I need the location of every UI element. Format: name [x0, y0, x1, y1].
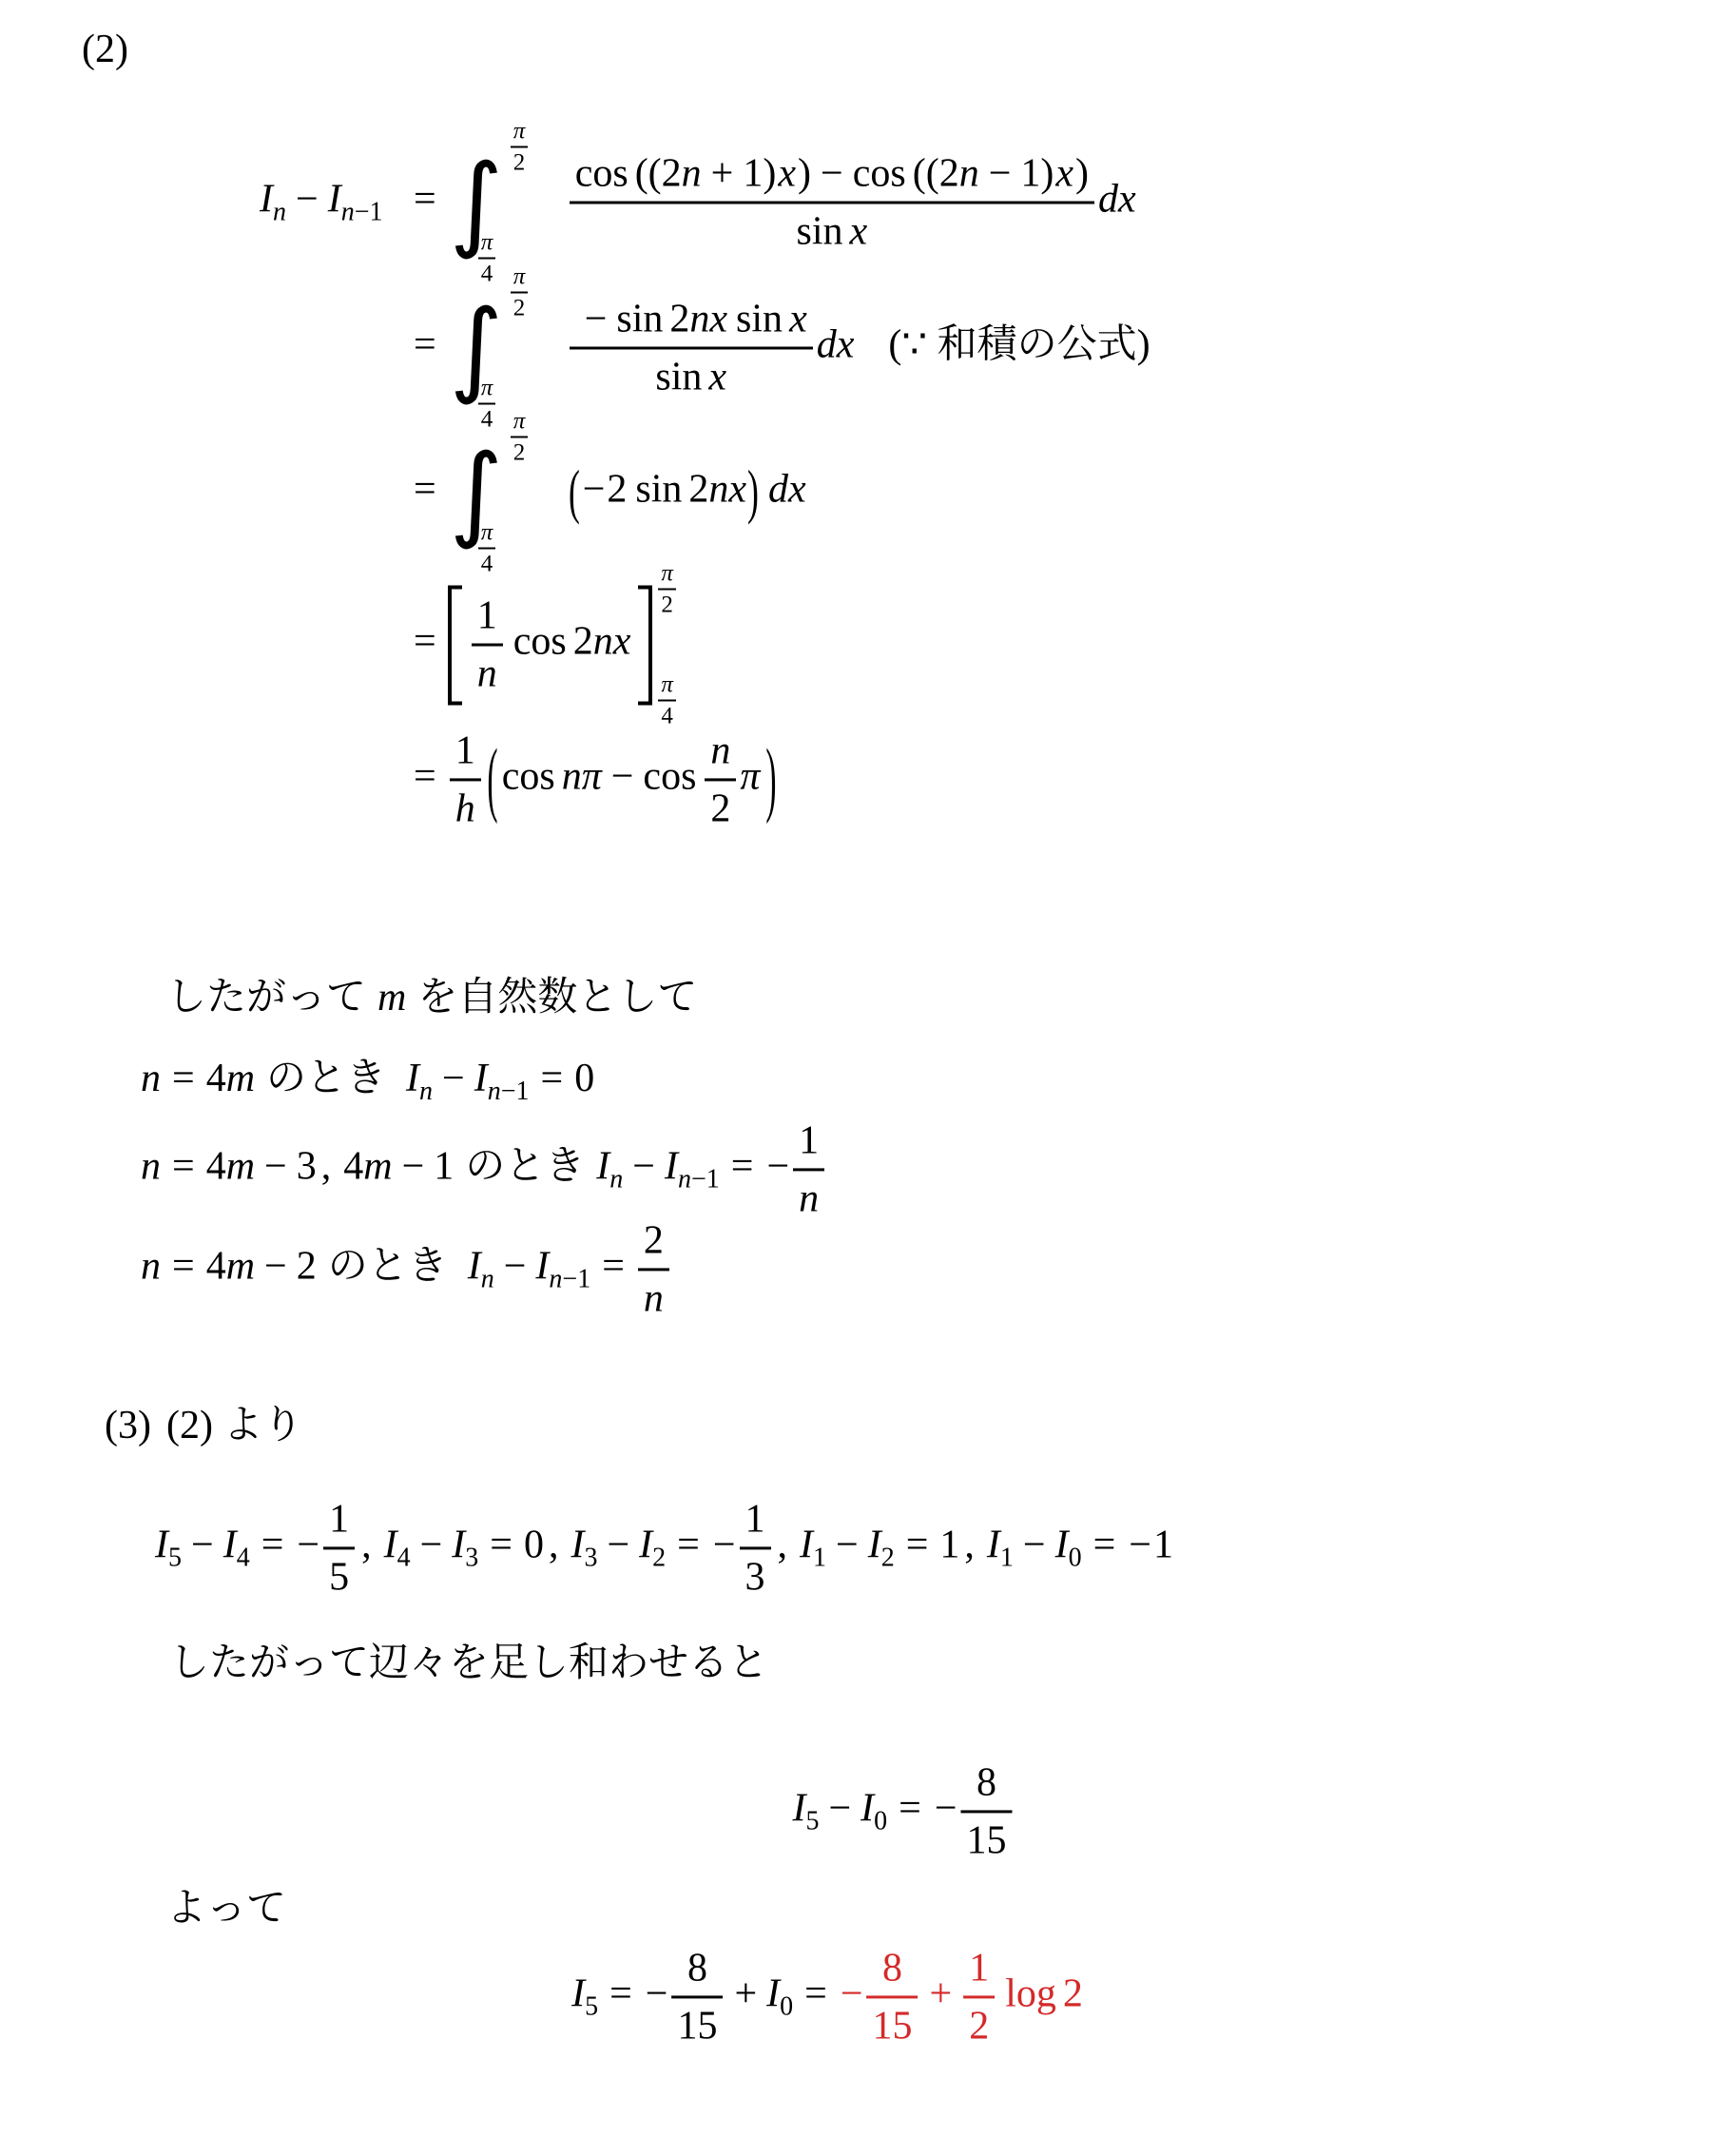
frac: −sin2nxsinxsinx: [570, 296, 813, 399]
op: =: [666, 1524, 711, 1567]
case-4m-2: n=4m−2のときIn−In−1=2n: [141, 1217, 671, 1321]
op: −: [602, 755, 644, 799]
pi: π: [511, 410, 529, 438]
var: x: [789, 297, 807, 340]
pi: π: [658, 562, 676, 591]
frac-den: 15: [671, 1996, 723, 2049]
var: n: [419, 1077, 433, 1106]
case-4m: n=4mのときIn−In−1=0: [141, 1046, 594, 1107]
paren: ((: [913, 151, 939, 195]
op: −: [393, 1145, 435, 1189]
var: I: [570, 1524, 584, 1567]
fn-name: sin: [616, 297, 669, 340]
var: I: [223, 1524, 237, 1567]
op: −: [1127, 1524, 1153, 1567]
var: I: [639, 1524, 652, 1567]
sub: n: [419, 1077, 433, 1106]
sub: 0: [1069, 1544, 1082, 1573]
paren: ): [1075, 151, 1089, 195]
num: 4: [658, 702, 676, 728]
op: +: [702, 151, 744, 195]
text-yotte: よって: [166, 1876, 286, 1933]
eq-final: I5=−815+I0=−815+12log2: [571, 1945, 1083, 2049]
op: −: [575, 297, 617, 340]
var: n: [341, 198, 355, 227]
op: −: [839, 1972, 865, 2016]
dx: dx: [815, 323, 857, 367]
op: =: [720, 1145, 765, 1189]
frac: 815: [961, 1759, 1013, 1863]
sub: 2: [881, 1544, 895, 1573]
op: ,: [544, 1524, 571, 1567]
var: n: [959, 151, 979, 195]
var: n: [481, 1265, 494, 1294]
frac-den: h: [450, 779, 481, 832]
op: −: [819, 1787, 860, 1831]
frac-num: 1: [793, 1117, 824, 1168]
var: n: [609, 1165, 623, 1195]
op: ,: [357, 1524, 384, 1567]
section-3-heading: (3)(2) より: [105, 1393, 302, 1450]
var: n: [141, 1245, 161, 1289]
frac-num: 2: [638, 1217, 669, 1268]
frac: n2: [705, 728, 736, 831]
sub: n−1: [488, 1077, 530, 1106]
op: =: [478, 1524, 524, 1567]
var: n: [708, 468, 728, 512]
var: I: [868, 1524, 881, 1567]
op: =: [250, 1524, 296, 1567]
frac: 13: [740, 1496, 771, 1600]
num: 1: [516, 1077, 530, 1106]
sub: 1: [813, 1544, 826, 1573]
num: 4: [343, 1145, 363, 1189]
frac-den: sinx: [570, 347, 813, 400]
var: n: [562, 755, 582, 799]
num: 4: [206, 1245, 226, 1289]
frac-den: n: [793, 1169, 824, 1222]
var: n: [273, 198, 286, 227]
jp-text: を自然数として: [417, 976, 697, 1020]
op: =: [161, 1057, 206, 1100]
var: x: [709, 297, 736, 340]
var: n: [689, 297, 709, 340]
label: (2): [82, 28, 128, 71]
bracket-upper-limit: π2: [658, 562, 676, 617]
op: =: [598, 1972, 644, 2016]
op: −: [623, 1145, 665, 1189]
frac-num: 8: [961, 1759, 1013, 1810]
var: n: [682, 151, 702, 195]
sub: 0: [874, 1807, 887, 1836]
sub: 3: [465, 1544, 478, 1573]
op: =: [887, 1787, 933, 1831]
int-upper-limit: π2: [511, 410, 529, 465]
var: I: [860, 1787, 874, 1831]
op: −: [494, 1245, 536, 1289]
eq-chain: I5−I4=−15,I4−I3=0,I3−I2=−13,I1−I2=1,I1−I…: [155, 1496, 1173, 1600]
jp-text: よって: [166, 1887, 286, 1931]
frac: 1n: [793, 1117, 824, 1221]
frac-den: 15: [961, 1811, 1013, 1864]
op: =: [402, 178, 448, 222]
jp-text: のとき: [317, 1245, 459, 1289]
frac: 12: [963, 1945, 995, 2049]
sub: n: [273, 198, 286, 227]
frac-num: 1: [450, 728, 481, 778]
var: I: [384, 1524, 397, 1567]
jp-text: のとき: [454, 1145, 596, 1189]
var: x: [1054, 151, 1075, 195]
num: 2: [511, 438, 529, 465]
op: −: [255, 1245, 297, 1289]
frac-num: 8: [671, 1945, 723, 1995]
var: n: [488, 1077, 501, 1106]
num: 2: [1063, 1972, 1083, 2016]
frac: 815: [671, 1945, 723, 2049]
var: x: [708, 356, 726, 399]
num: 0: [524, 1524, 544, 1567]
rbracket: [638, 585, 652, 705]
sub: n: [481, 1265, 494, 1294]
op: =: [402, 468, 448, 512]
frac: 2n: [638, 1217, 669, 1321]
num: 4: [206, 1057, 226, 1100]
var: x: [613, 620, 631, 664]
lbracket: [448, 585, 462, 705]
num: 2: [662, 151, 682, 195]
op: ,: [317, 1145, 344, 1189]
frac-num: n: [705, 728, 736, 778]
op: −: [355, 198, 370, 227]
var: x: [776, 151, 798, 195]
num: 2: [511, 148, 529, 175]
bracket-limits: π2π4: [652, 562, 694, 728]
var: n: [549, 1265, 562, 1294]
text-natural-number: したがってmを自然数として: [166, 965, 697, 1022]
frac-den: n: [638, 1269, 669, 1322]
op: +: [920, 1972, 962, 2016]
frac-den: n: [472, 644, 503, 697]
integral: ∫π2π4: [450, 410, 562, 576]
frac-num: −sin2nxsinx: [570, 296, 813, 346]
var: I: [328, 178, 341, 222]
num: 4: [206, 1145, 226, 1189]
op: −: [255, 1145, 297, 1189]
dx: dx: [760, 468, 806, 512]
op: =: [161, 1145, 206, 1189]
var: I: [665, 1145, 678, 1189]
var: I: [571, 1972, 585, 2016]
jp-text: のとき: [255, 1057, 397, 1100]
num: 1: [1153, 1524, 1173, 1567]
var: m: [226, 1057, 255, 1100]
num: 2: [939, 151, 959, 195]
op: ,: [773, 1524, 801, 1567]
op: −: [295, 1524, 321, 1567]
num: 0: [574, 1057, 594, 1100]
var: I: [596, 1145, 609, 1189]
num: 2: [573, 620, 593, 664]
var: I: [987, 1524, 1000, 1567]
var: I: [792, 1787, 805, 1831]
fn-name: log: [996, 1972, 1063, 2016]
op: =: [402, 323, 448, 367]
pi: π: [478, 377, 496, 405]
frac-den: 3: [740, 1547, 771, 1601]
op: =: [590, 1245, 636, 1289]
jp-text: したがって辺々を足し和わせると: [169, 1641, 768, 1685]
lparen: (: [485, 738, 500, 822]
sub: 3: [584, 1544, 597, 1573]
op: −: [597, 1524, 639, 1567]
var: x: [850, 210, 868, 254]
var: I: [397, 1057, 419, 1100]
dx: dx: [1096, 178, 1138, 222]
jp-text: したがって: [166, 976, 366, 1020]
var: I: [459, 1245, 481, 1289]
fn-name: cos: [643, 755, 703, 799]
frac: 15: [323, 1496, 355, 1600]
frac: cos((2n+1)x)−cos((2n−1)x)sinx: [570, 150, 1094, 254]
pi: π: [658, 673, 676, 702]
frac-den: 5: [323, 1547, 355, 1601]
num: 1: [939, 1524, 959, 1567]
op: −: [501, 1077, 516, 1106]
frac-den: 2: [963, 1996, 995, 2049]
op: =: [161, 1245, 206, 1289]
int-upper-limit: π2: [511, 120, 529, 175]
sub: 1: [1000, 1544, 1014, 1573]
frac-den: sinx: [570, 202, 1094, 255]
op: ,: [959, 1524, 987, 1567]
op: −: [826, 1524, 868, 1567]
num: 2: [511, 294, 529, 320]
num: 2: [297, 1245, 317, 1289]
op: −: [433, 1057, 474, 1100]
label: (3): [105, 1404, 151, 1447]
fn-name: cos: [505, 620, 573, 664]
result-red: −815+12log2: [839, 1972, 1083, 2016]
lparen: (: [569, 463, 580, 523]
case-4m-3: n=4m−3,4m−1のときIn−In−1=−1n: [141, 1117, 826, 1221]
sub: 5: [585, 1992, 598, 2022]
sub: 4: [237, 1544, 250, 1573]
op: =: [530, 1057, 575, 1100]
op: −: [644, 1972, 670, 2016]
num: 2: [688, 468, 708, 512]
section-2-label: (2): [82, 27, 128, 72]
paren: ): [798, 151, 811, 195]
fn-name: sin: [655, 356, 708, 399]
frac-den: 15: [867, 1996, 919, 2049]
rparen: ): [764, 738, 779, 822]
op: −: [933, 1787, 959, 1831]
var: m: [366, 976, 417, 1020]
fn-name: cos: [575, 151, 635, 195]
pi: π: [478, 521, 496, 550]
op: −: [286, 178, 328, 222]
pi: π: [582, 755, 602, 799]
eq-lhs: In−In−1: [260, 177, 402, 228]
eq-line-4: =1ncos2nxπ2π4: [260, 562, 694, 728]
frac-num: 8: [867, 1945, 919, 1995]
document-page: (2) In−In−1=∫π2π4cos((2n+1)x)−cos((2n−1)…: [0, 0, 1721, 2156]
eq-line-2: =∫π2π4−sin2nxsinxsinxdx(∵ 和積の公式): [260, 265, 1151, 432]
pi: π: [511, 265, 529, 294]
op: +: [725, 1972, 766, 2016]
bracket-lower-limit: π4: [658, 673, 676, 728]
frac: 815: [867, 1945, 919, 2049]
integral: ∫π2π4: [450, 265, 562, 432]
rparen: ): [747, 463, 759, 523]
num: 1: [577, 1265, 590, 1294]
frac-num: 1: [963, 1945, 995, 1995]
sub: n−1: [678, 1165, 720, 1195]
frac-num: 1: [472, 592, 503, 643]
fn-name: cos: [502, 755, 562, 799]
sub: 0: [780, 1992, 793, 2022]
op: −: [581, 468, 608, 512]
num: 1: [743, 151, 763, 195]
op: −: [711, 1524, 738, 1567]
var: x: [728, 468, 746, 512]
text-sum-sides: したがって辺々を足し和わせると: [169, 1631, 768, 1688]
eq-note: (∵ 和積の公式): [888, 323, 1150, 367]
var: m: [226, 1145, 255, 1189]
pi: π: [478, 231, 496, 260]
var: n: [141, 1057, 161, 1100]
int-upper-limit: π2: [511, 265, 529, 320]
num: 2: [669, 297, 689, 340]
var: I: [1055, 1524, 1069, 1567]
op: =: [402, 620, 448, 664]
sub: n−1: [341, 198, 383, 227]
num: 1: [1020, 151, 1040, 195]
var: I: [800, 1524, 813, 1567]
jp-text: (2) より: [151, 1404, 302, 1447]
num: 1: [706, 1165, 720, 1195]
frac-den: 2: [705, 779, 736, 832]
var: I: [155, 1524, 168, 1567]
num: 1: [434, 1145, 454, 1189]
sub: n−1: [549, 1265, 590, 1294]
var: I: [535, 1245, 549, 1289]
op: =: [1082, 1524, 1128, 1567]
frac: 1n: [472, 592, 503, 696]
op: =: [402, 755, 448, 799]
pi: π: [738, 755, 762, 799]
op: −: [979, 151, 1021, 195]
num: 2: [607, 468, 627, 512]
sub: 2: [652, 1544, 666, 1573]
var: n: [678, 1165, 691, 1195]
frac-num: 1: [740, 1496, 771, 1546]
op: −: [811, 151, 853, 195]
eq-line-5: =1h(cosnπ−cosn2π): [260, 728, 781, 831]
op: =: [895, 1524, 940, 1567]
frac-num: cos((2n+1)x)−cos((2n−1)x): [570, 150, 1094, 201]
var: m: [363, 1145, 392, 1189]
op: −: [562, 1265, 577, 1294]
op: −: [764, 1145, 791, 1189]
eq-line-3: =∫π2π4(−2sin2nx)dx: [260, 410, 806, 576]
fn-name: cos: [853, 151, 913, 195]
frac-num: 1: [323, 1496, 355, 1546]
num: 1: [369, 198, 382, 227]
num: 3: [297, 1145, 317, 1189]
var: I: [260, 178, 273, 222]
var: n: [593, 620, 613, 664]
op: −: [691, 1165, 706, 1195]
fn-name: sin: [736, 297, 789, 340]
sub: 5: [805, 1807, 819, 1836]
eq-i5-i0: I5−I0=−815: [792, 1759, 1014, 1863]
paren: ): [763, 151, 776, 195]
num: 2: [658, 591, 676, 617]
var: m: [226, 1245, 255, 1289]
eq-line-1: In−In−1=∫π2π4cos((2n+1)x)−cos((2n−1)x)si…: [260, 120, 1138, 286]
frac: 1h: [450, 728, 481, 831]
var: I: [452, 1524, 465, 1567]
fn-name: sin: [627, 468, 688, 512]
fn-name: sin: [797, 210, 850, 254]
paren: ): [1040, 151, 1054, 195]
var: I: [766, 1972, 780, 2016]
sub: 5: [168, 1544, 182, 1573]
pi: π: [511, 120, 529, 148]
op: −: [182, 1524, 223, 1567]
op: −: [411, 1524, 453, 1567]
op: =: [793, 1972, 839, 2016]
op: −: [1014, 1524, 1055, 1567]
paren: ((: [635, 151, 662, 195]
sub: n: [609, 1165, 623, 1195]
integral: ∫π2π4: [450, 120, 562, 286]
var: n: [141, 1145, 161, 1189]
var: I: [474, 1057, 488, 1100]
sub: 4: [397, 1544, 411, 1573]
